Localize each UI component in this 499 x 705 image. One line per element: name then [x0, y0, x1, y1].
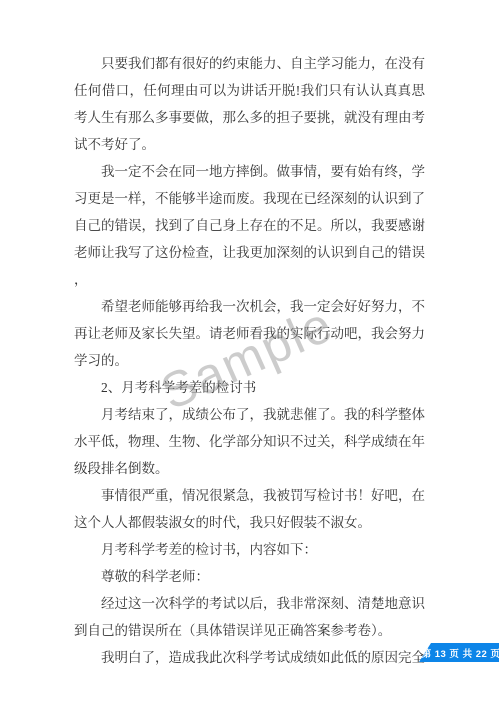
page-indicator-badge: 第 13 页 共 22 页 [417, 643, 499, 662]
paragraph: 我一定不会在同一地方摔倒。做事情，要有始有终，学习更是一样，不能够半途而废。我现… [74, 158, 425, 293]
paragraph: 尊敬的科学老师： [74, 563, 425, 590]
paragraph: 2、月考科学考差的检讨书 [74, 374, 425, 401]
paragraph: 我明白了，造成我此次科学考试成绩如此低的原因完全 [74, 644, 425, 671]
document-body: 只要我们都有很好的约束能力、自主学习能力，在没有任何借口，任何理由可以为讲话开脱… [74, 50, 425, 671]
paragraph: 月考科学考差的检讨书，内容如下： [74, 536, 425, 563]
paragraph: 只要我们都有很好的约束能力、自主学习能力，在没有任何借口，任何理由可以为讲话开脱… [74, 50, 425, 158]
paragraph: 事情很严重，情况很紧急，我被罚写检讨书！好吧，在这个人人都假装淑女的时代，我只好… [74, 482, 425, 536]
paragraph: 经过这一次科学的考试以后，我非常深刻、清楚地意识到自己的错误所在（具体错误详见正… [74, 590, 425, 644]
paragraph: 希望老师能够再给我一次机会，我一定会好好努力，不再让老师及家长失望。请老师看我的… [74, 293, 425, 374]
document-page: 只要我们都有很好的约束能力、自主学习能力，在没有任何借口，任何理由可以为讲话开脱… [0, 0, 499, 705]
paragraph: 月考结束了，成绩公布了，我就悲催了。我的科学整体水平低，物理、生物、化学部分知识… [74, 401, 425, 482]
